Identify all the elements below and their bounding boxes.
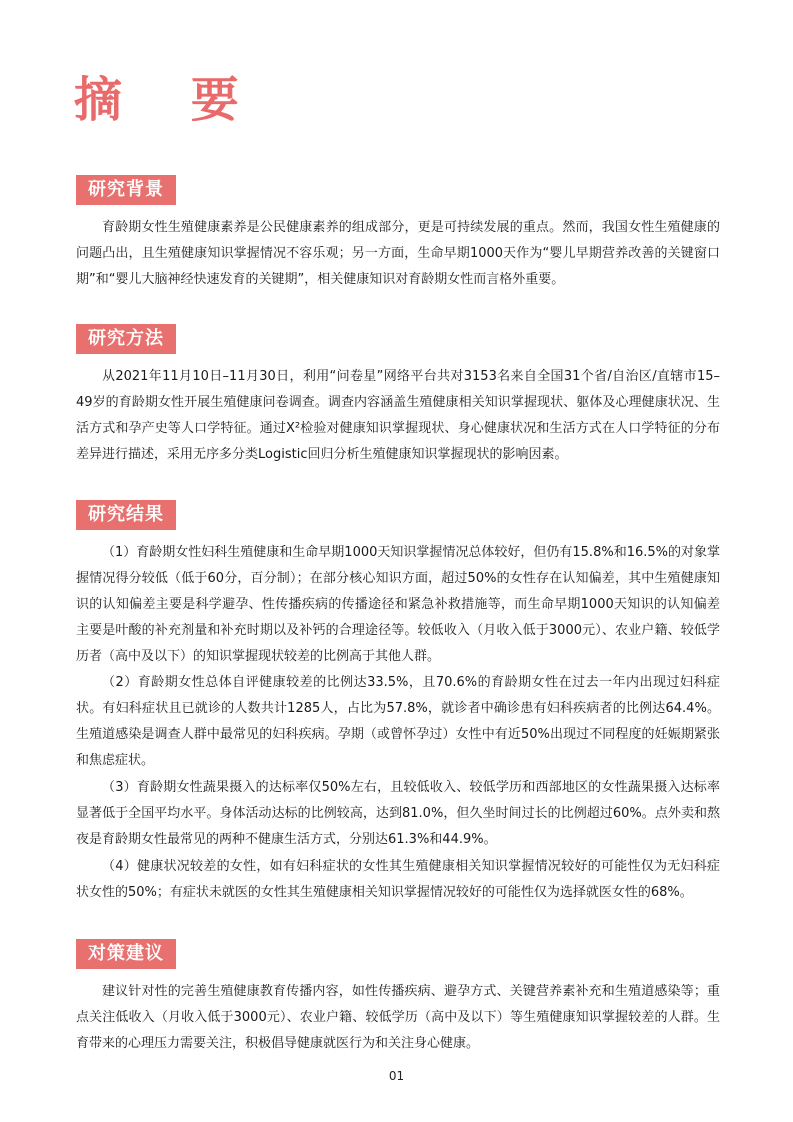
page-number: 01 [0, 1069, 793, 1083]
methods-paragraph: 从2021年11月10日–11月30日，利用“问卷星”网络平台共对3153名来自… [76, 364, 720, 468]
page-title: 摘 要 [74, 70, 265, 130]
recommendations-paragraph: 建议针对性的完善生殖健康教育传播内容，如性传播疾病、避孕方式、关键营养素补充和生… [76, 979, 720, 1057]
section-heading-background: 研究背景 [76, 175, 176, 205]
background-paragraph: 育龄期女性生殖健康素养是公民健康素养的组成部分，更是可持续发展的重点。然而，我国… [76, 215, 720, 293]
results-paragraph-4: （4）健康状况较差的女性，如有妇科症状的女性其生殖健康相关知识掌握情况较好的可能… [76, 854, 720, 906]
section-heading-methods: 研究方法 [76, 324, 176, 354]
results-paragraph-3: （3）育龄期女性蔬果摄入的达标率仅50%左右，且较低收入、较低学历和西部地区的女… [76, 775, 720, 853]
results-paragraph-1: （1）育龄期女性妇科生殖健康和生命早期1000天知识掌握情况总体较好，但仍有15… [76, 540, 720, 670]
section-heading-recommendations: 对策建议 [76, 939, 176, 969]
results-paragraph-2: （2）育龄期女性总体自评健康较差的比例达33.5%，且70.6%的育龄期女性在过… [76, 670, 720, 774]
section-heading-results: 研究结果 [76, 500, 176, 530]
